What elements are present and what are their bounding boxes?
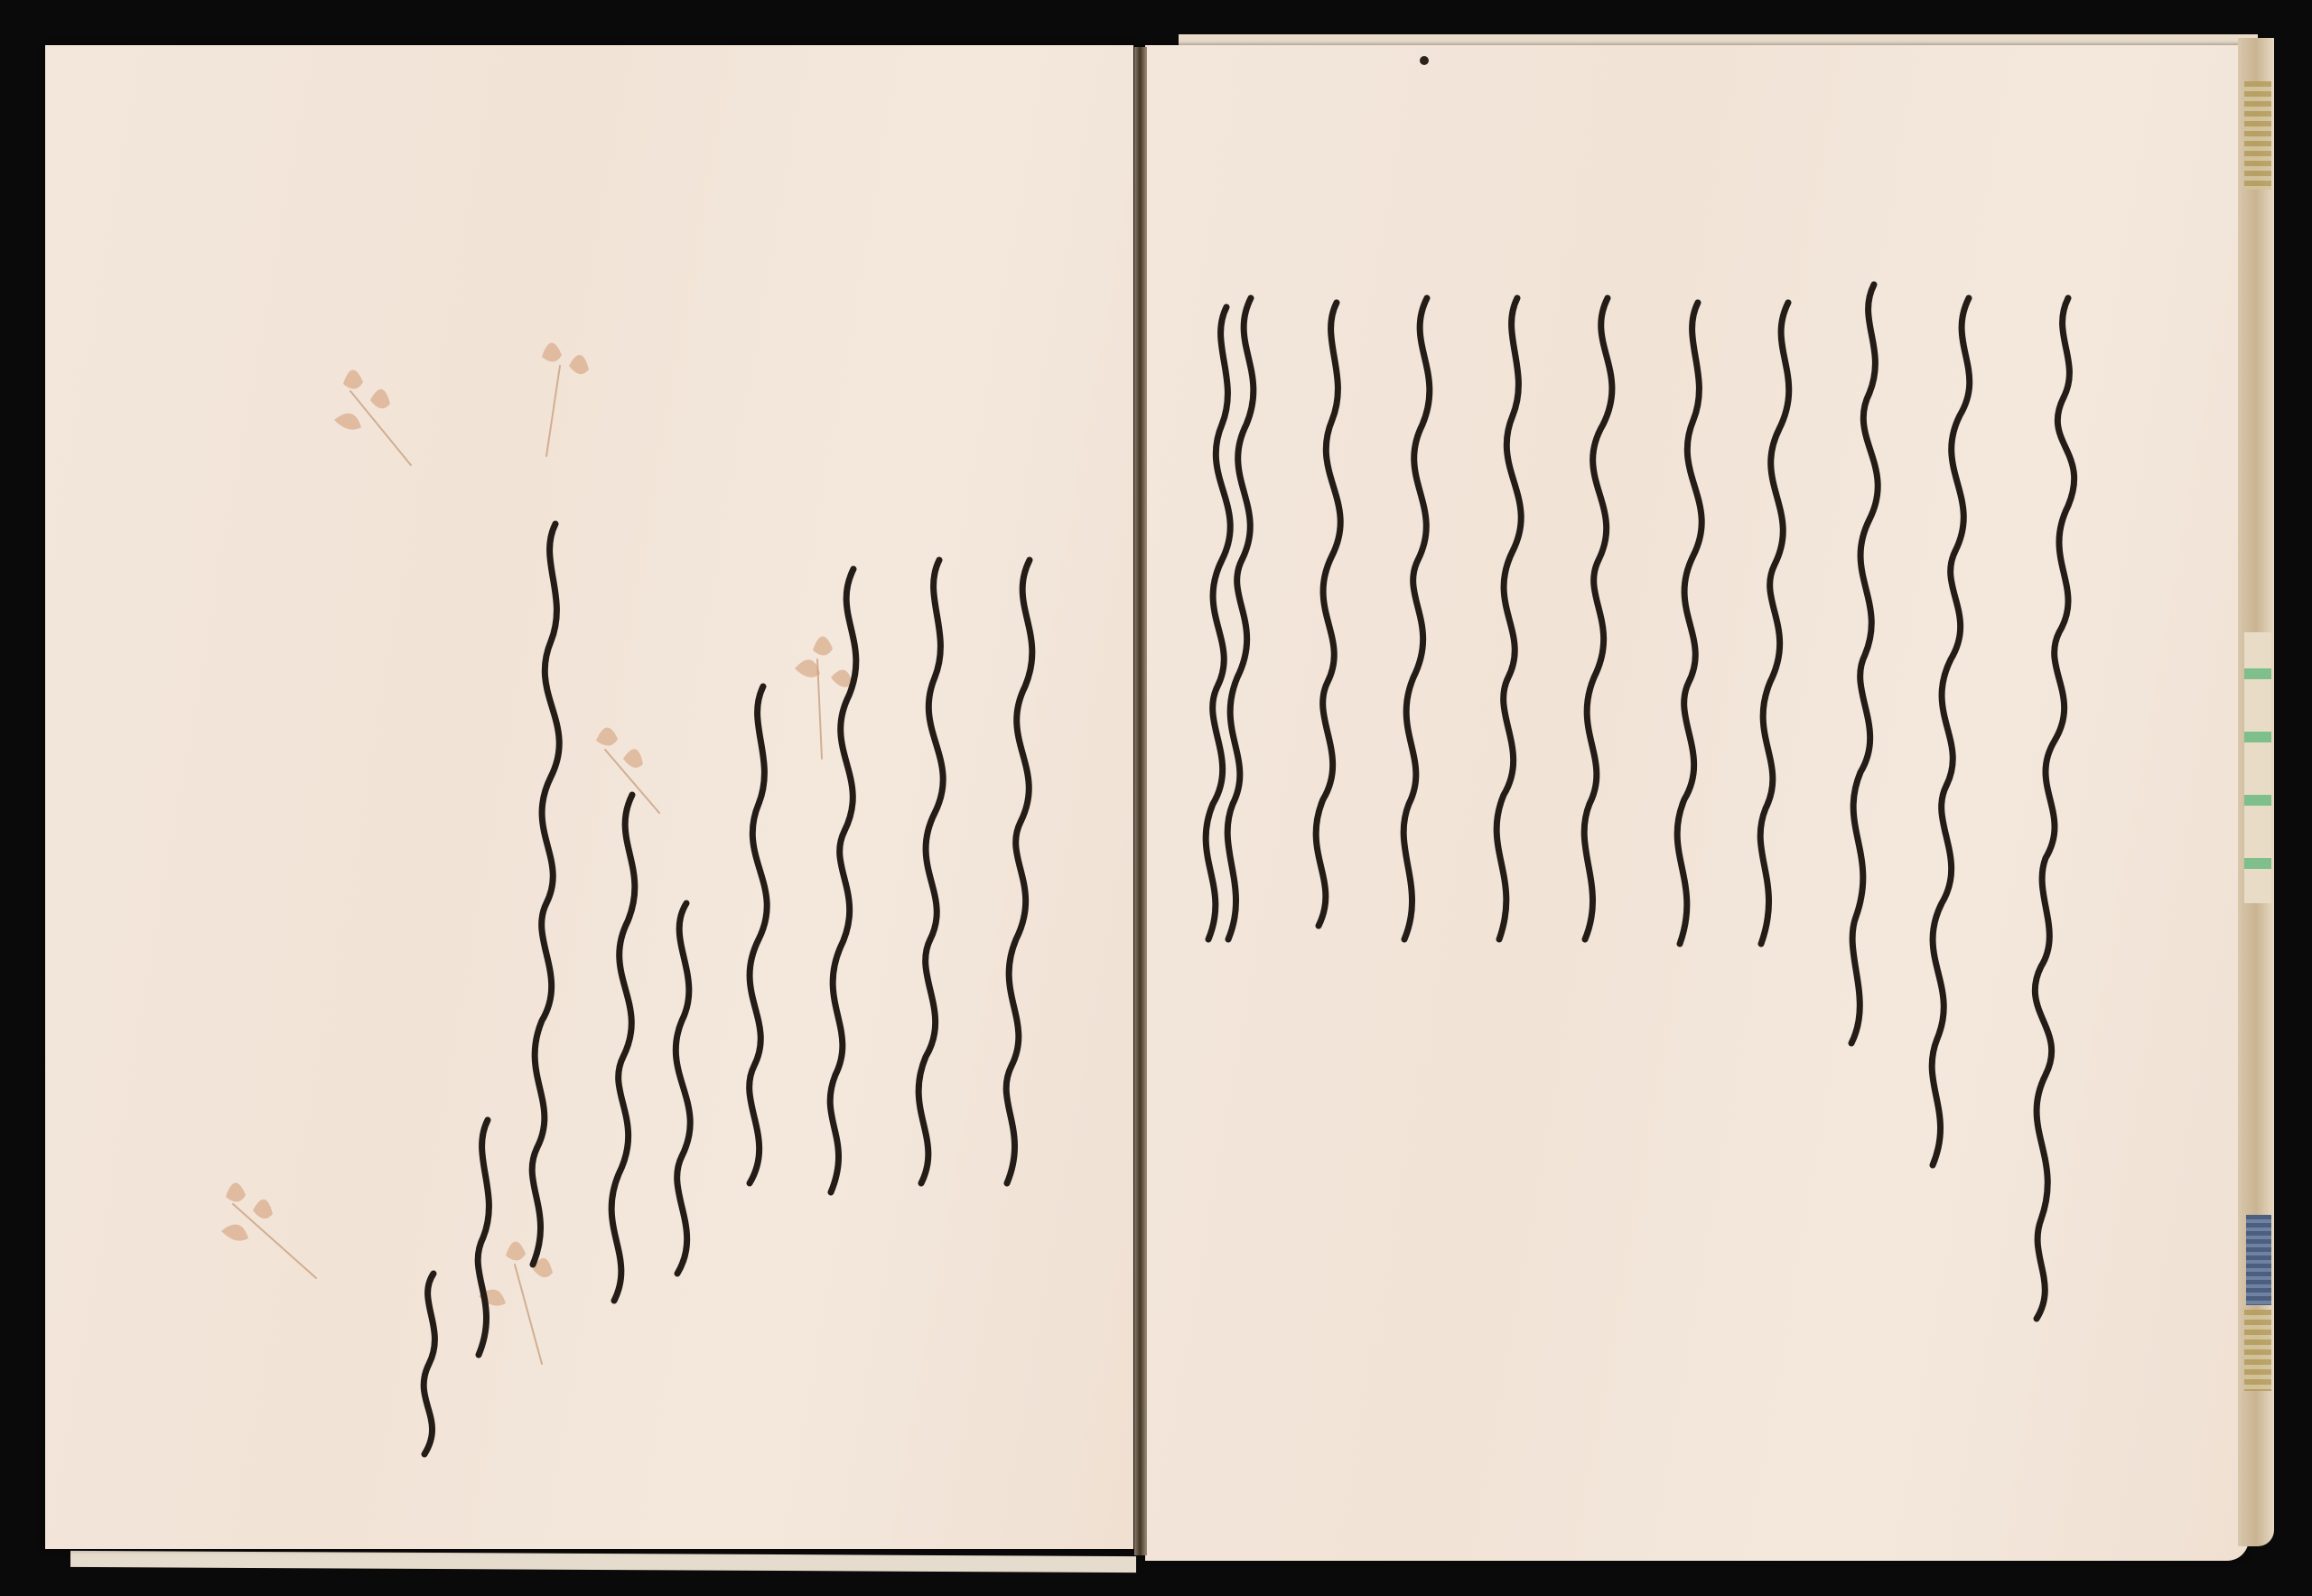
signature-column bbox=[478, 1120, 489, 1355]
right-page-columns bbox=[1206, 285, 2074, 1319]
left-page-columns bbox=[424, 524, 1032, 1454]
calligraphy-text bbox=[0, 0, 2312, 1596]
signature-mark bbox=[424, 1274, 434, 1454]
open-book bbox=[0, 0, 2312, 1596]
